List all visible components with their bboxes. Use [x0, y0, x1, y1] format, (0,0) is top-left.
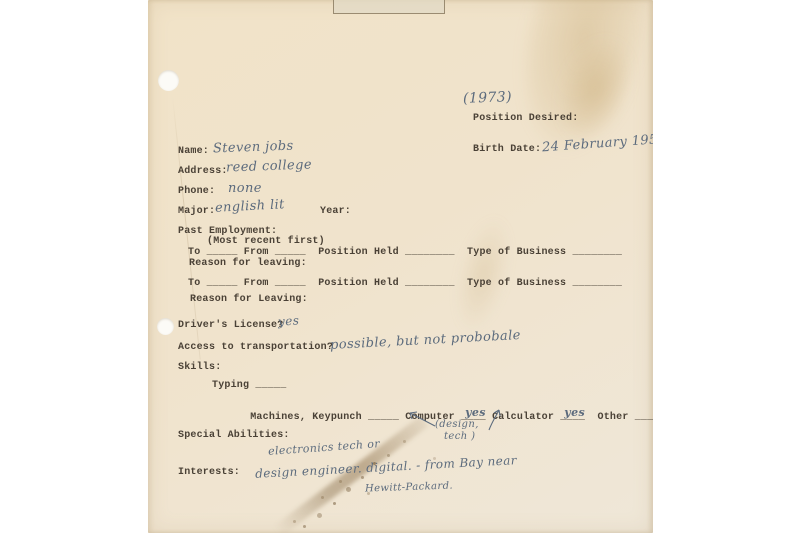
special-abilities-label: Special Abilities:	[178, 430, 290, 442]
annotation-arrows	[148, 0, 653, 533]
design-tech-annotation-line1: (design,	[435, 419, 479, 430]
design-tech-annotation-line2: tech )	[444, 431, 475, 442]
interests-label: Interests:	[178, 467, 240, 479]
application-form-paper: (1973) Position Desired: Birth Date: 24 …	[148, 0, 653, 533]
scan-background: (1973) Position Desired: Birth Date: 24 …	[0, 0, 800, 533]
